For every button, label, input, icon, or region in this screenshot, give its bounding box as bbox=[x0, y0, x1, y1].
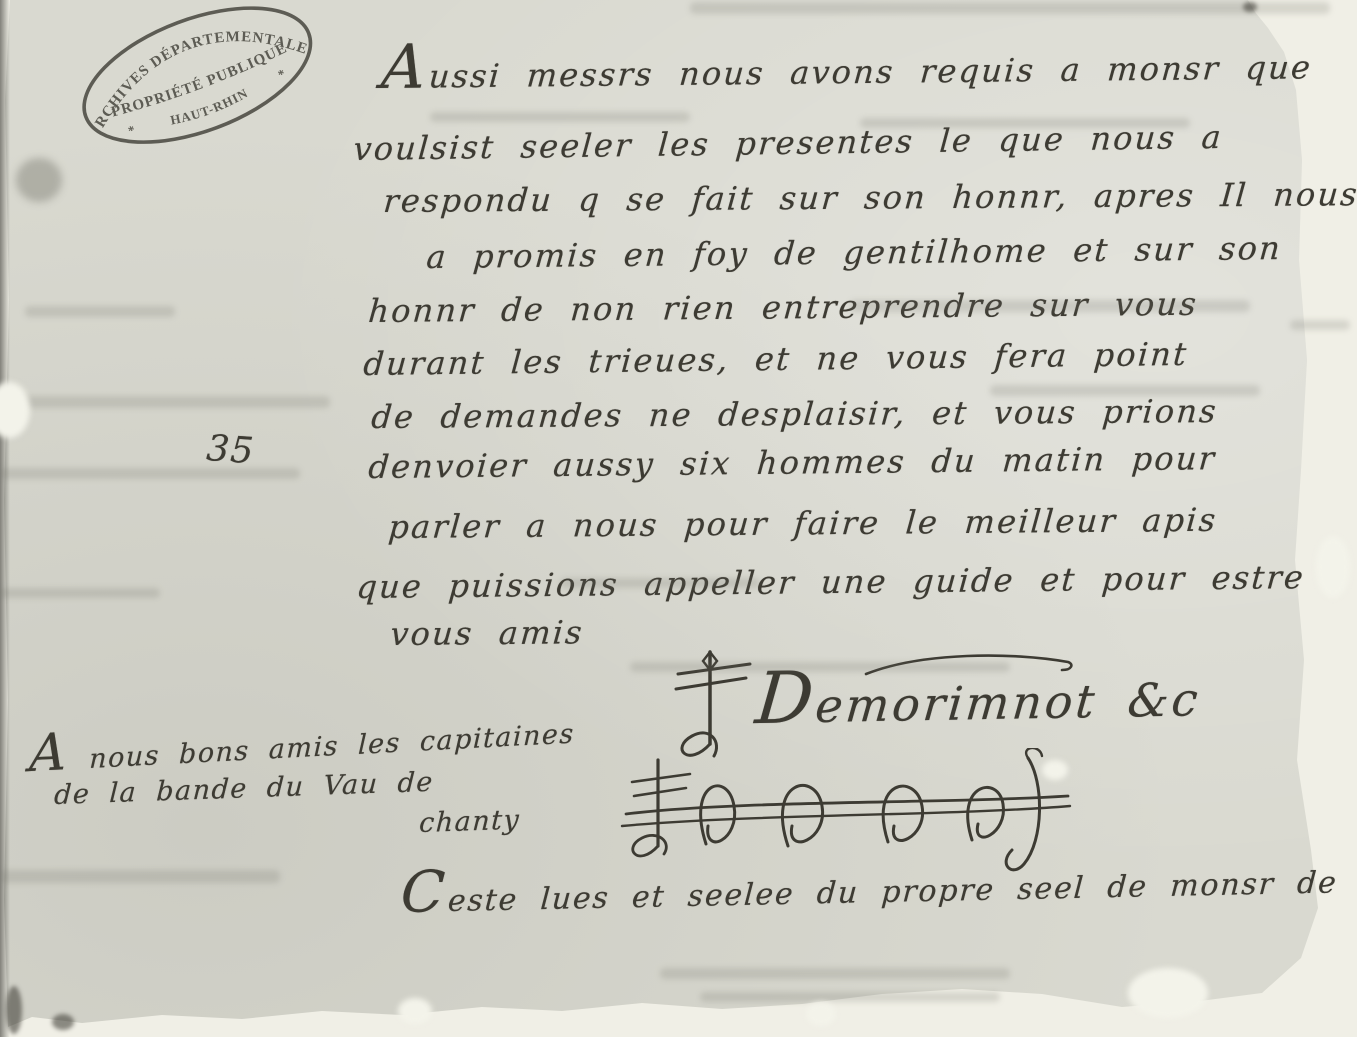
manuscript-photo: ARCHIVES DÉPARTEMENTALES PROPRIÉTÉ PUBLI… bbox=[0, 0, 1357, 1037]
stamp-ornament-right-icon: * bbox=[276, 66, 287, 82]
paper-stain bbox=[1316, 536, 1350, 598]
address-line-3: chanty bbox=[418, 804, 521, 839]
stamp-ornament-left-icon: * bbox=[126, 122, 137, 138]
paper-left-edge bbox=[0, 0, 10, 1037]
margin-folio-number: 35 bbox=[205, 428, 256, 472]
manuscript-line-9: parler a nous pour faire le meilleur api… bbox=[387, 501, 1219, 546]
manuscript-line-5: honnr de non rien entreprendre sur vous bbox=[367, 285, 1200, 330]
manuscript-line-3: respondu q se fait sur son honnr, apres … bbox=[382, 175, 1357, 220]
paper-stain bbox=[806, 1002, 836, 1026]
manuscript-line-11: vous amis bbox=[389, 613, 585, 653]
manuscript-line-7: de demandes ne desplaisir, et vous prion… bbox=[370, 392, 1220, 436]
signature-name: Demorimnot &c bbox=[753, 670, 1203, 734]
signature-paraph bbox=[620, 748, 1075, 883]
